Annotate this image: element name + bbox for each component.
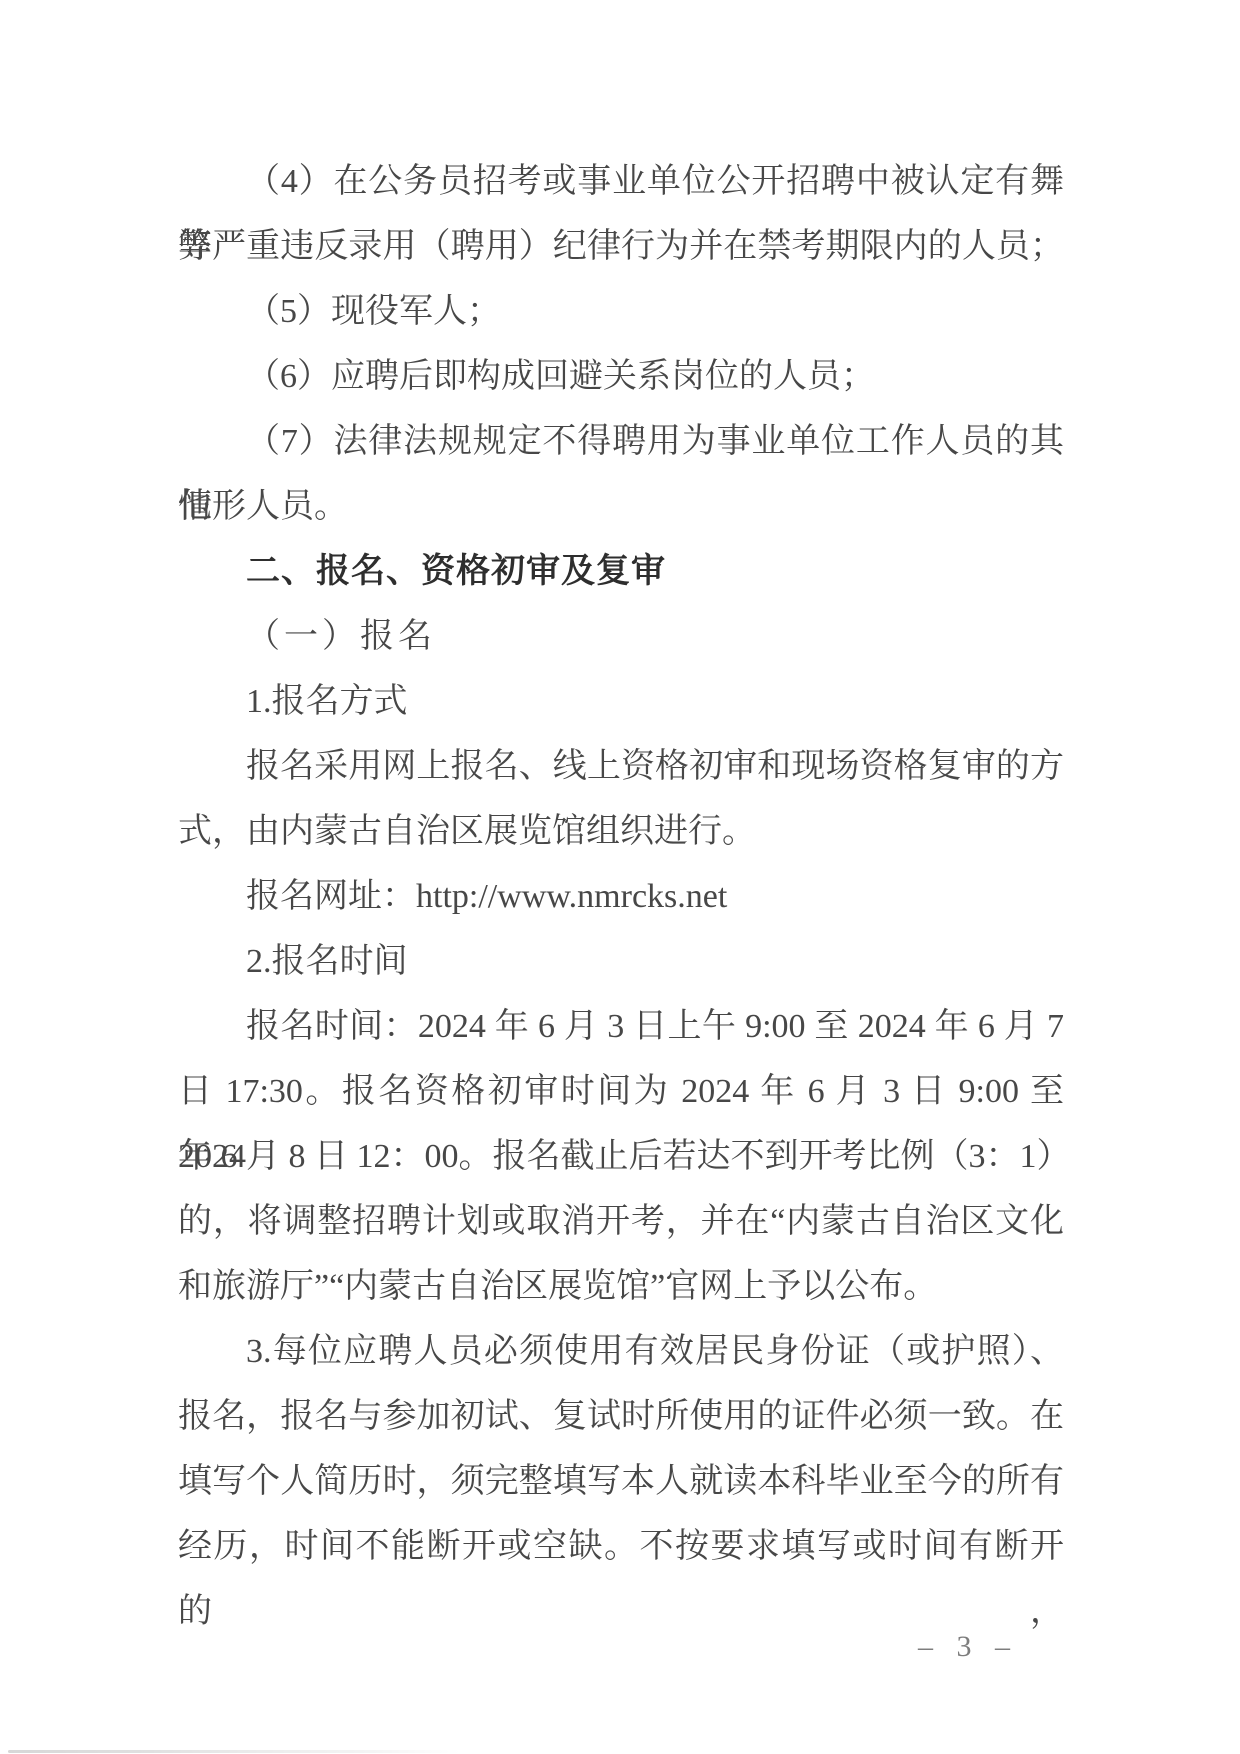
text-line: 式，由内蒙古自治区展览馆组织进行。 — [178, 799, 1064, 864]
text-line: 1.报名方式 — [178, 669, 1064, 734]
text-line: （5）现役军人； — [178, 279, 1064, 344]
text-line: （一）报名 — [178, 604, 1064, 669]
text-line: 的，将调整招聘计划或取消开考，并在“内蒙古自治区文化 — [178, 1189, 1064, 1254]
text-line: 情形人员。 — [178, 474, 1064, 539]
document-page: （4）在公务员招考或事业单位公开招聘中被认定有舞弊等严重违反录用（聘用）纪律行为… — [0, 0, 1240, 1754]
text-line: 报名，报名与参加初试、复试时所使用的证件必须一致。在 — [178, 1384, 1064, 1449]
text-line: 报名时间：2024 年 6 月 3 日上午 9:00 至 2024 年 6 月 … — [178, 994, 1064, 1059]
text-line: 2.报名时间 — [178, 929, 1064, 994]
page-number: – 3 – — [918, 1630, 1018, 1664]
text-line: 经历，时间不能断开或空缺。不按要求填写或时间有断开的， — [178, 1514, 1064, 1579]
text-line: （7）法律法规规定不得聘用为事业单位工作人员的其他 — [178, 409, 1064, 474]
text-line: 二、报名、资格初审及复审 — [178, 539, 1064, 604]
text-line: （6）应聘后即构成回避关系岗位的人员； — [178, 344, 1064, 409]
text-line: 填写个人简历时，须完整填写本人就读本科毕业至今的所有 — [178, 1449, 1064, 1514]
text-line: 等严重违反录用（聘用）纪律行为并在禁考期限内的人员； — [178, 214, 1064, 279]
document-body: （4）在公务员招考或事业单位公开招聘中被认定有舞弊等严重违反录用（聘用）纪律行为… — [178, 149, 1064, 1579]
text-line: 3.每位应聘人员必须使用有效居民身份证（或护照）、 — [178, 1319, 1064, 1384]
text-line: 年 6 月 8 日 12：00。报名截止后若达不到开考比例（3：1） — [178, 1124, 1064, 1189]
text-line: （4）在公务员招考或事业单位公开招聘中被认定有舞弊 — [178, 149, 1064, 214]
text-line: 日 17:30。报名资格初审时间为 2024 年 6 月 3 日 9:00 至 … — [178, 1059, 1064, 1124]
text-line: 报名采用网上报名、线上资格初审和现场资格复审的方 — [178, 734, 1064, 799]
text-line: 报名网址：http://www.nmrcks.net — [178, 864, 1064, 929]
text-line: 和旅游厅”“内蒙古自治区展览馆”官网上予以公布。 — [178, 1254, 1064, 1319]
scan-artifact — [8, 1750, 460, 1753]
